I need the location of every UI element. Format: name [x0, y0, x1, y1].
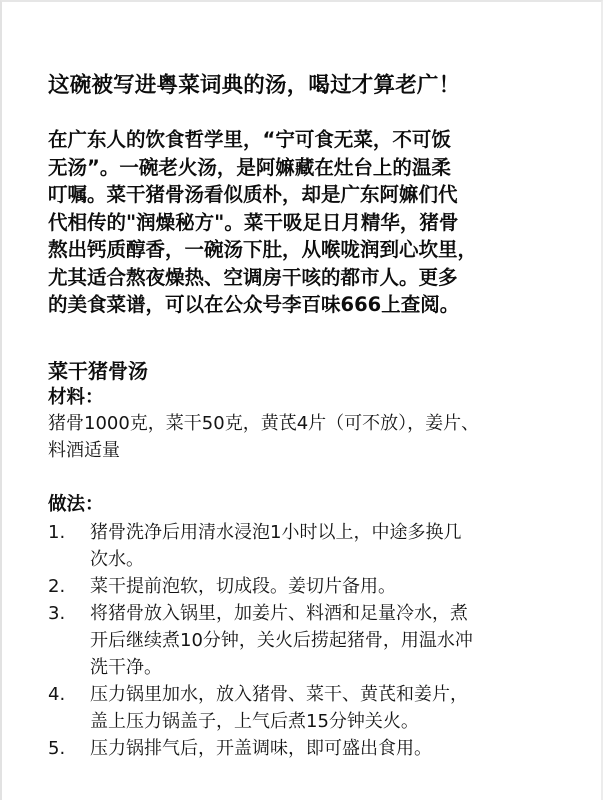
step-line: 盖上压力锅盖子，上气后煮15分钟关火。 — [90, 708, 588, 735]
step-number: 2. — [48, 573, 65, 600]
step-number: 1. — [48, 519, 65, 546]
page-frame: 这碗被写进粤菜词典的汤，喝过才算老广！ 在广东人的饮食哲学里，“宁可食无菜，不可… — [0, 0, 603, 800]
steps-list: 1. 猪骨洗净后用清水浸泡1小时以上，中途多换几 次水。 2. 菜干提前泡软，切… — [48, 519, 588, 762]
step-line: 压力锅里加水，放入猪骨、菜干、黄芪和姜片， — [90, 681, 588, 708]
intro-line: 代相传的"润燥秘方"。菜干吸足日月精华，猪骨 — [48, 209, 568, 237]
ingredients-heading: 材料： — [48, 383, 104, 409]
method-heading: 做法： — [48, 490, 104, 516]
step-line: 洗干净。 — [90, 654, 588, 681]
step-number: 5. — [48, 735, 65, 762]
step-item: 5. 压力锅排气后，开盖调味，即可盛出食用。 — [48, 735, 588, 762]
intro-line: 叮嘱。菜干猪骨汤看似质朴，却是广东阿嫲们代 — [48, 181, 568, 209]
intro-paragraph: 在广东人的饮食哲学里，“宁可食无菜，不可饭 无汤”。一碗老火汤，是阿嫲藏在灶台上… — [48, 126, 568, 319]
step-line: 次水。 — [90, 546, 588, 573]
step-line: 将猪骨放入锅里，加姜片、料酒和足量冷水，煮 — [90, 600, 588, 627]
recipe-title: 菜干猪骨汤 — [48, 355, 148, 384]
article-title: 这碗被写进粤菜词典的汤，喝过才算老广！ — [48, 68, 460, 99]
intro-line: 尤其适合熬夜燥热、空调房干咳的都市人。更多 — [48, 264, 568, 292]
step-item: 3. 将猪骨放入锅里，加姜片、料酒和足量冷水，煮 开后继续煮10分钟，关火后捞起… — [48, 600, 588, 681]
ingredients-line: 猪骨1000克，菜干50克，黄芪4片（可不放），姜片、 — [48, 410, 588, 437]
step-line: 菜干提前泡软，切成段。姜切片备用。 — [90, 573, 588, 600]
step-item: 2. 菜干提前泡软，切成段。姜切片备用。 — [48, 573, 588, 600]
intro-line: 的美食菜谱，可以在公众号李百味666上查阅。 — [48, 291, 568, 319]
step-line: 猪骨洗净后用清水浸泡1小时以上，中途多换几 — [90, 519, 588, 546]
step-item: 1. 猪骨洗净后用清水浸泡1小时以上，中途多换几 次水。 — [48, 519, 588, 573]
step-item: 4. 压力锅里加水，放入猪骨、菜干、黄芪和姜片， 盖上压力锅盖子，上气后煮15分… — [48, 681, 588, 735]
step-line: 压力锅排气后，开盖调味，即可盛出食用。 — [90, 735, 588, 762]
intro-line: 无汤”。一碗老火汤，是阿嫲藏在灶台上的温柔 — [48, 154, 568, 182]
ingredients-line: 料酒适量 — [48, 437, 588, 464]
step-number: 4. — [48, 681, 65, 708]
ingredients-text: 猪骨1000克，菜干50克，黄芪4片（可不放），姜片、 料酒适量 — [48, 410, 588, 464]
step-number: 3. — [48, 600, 65, 627]
intro-line: 熬出钙质醇香，一碗汤下肚，从喉咙润到心坎里， — [48, 236, 568, 264]
step-line: 开后继续煮10分钟，关火后捞起猪骨，用温水冲 — [90, 627, 588, 654]
intro-line: 在广东人的饮食哲学里，“宁可食无菜，不可饭 — [48, 126, 568, 154]
